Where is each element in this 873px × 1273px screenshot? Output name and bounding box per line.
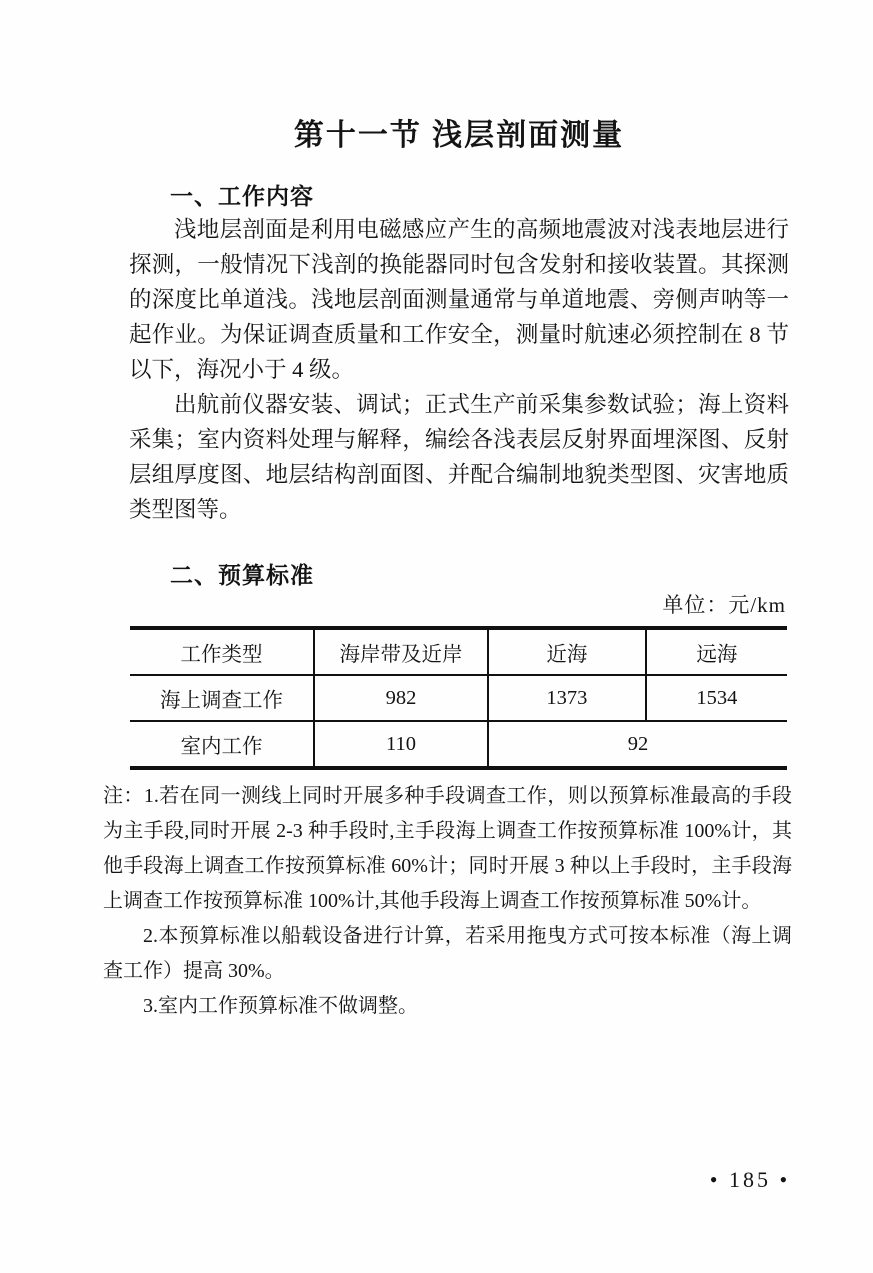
row-label-offshore-survey: 海上调查工作 — [130, 675, 314, 721]
cell-offshore-nearsea: 1373 — [488, 675, 646, 721]
note-3: 3.室内工作预算标准不做调整。 — [103, 989, 792, 1024]
heading-budget-standard: 二、预算标准 — [170, 557, 314, 590]
page-title: 第十一节 浅层剖面测量 — [130, 110, 788, 154]
cell-offshore-farsea: 1534 — [646, 675, 787, 721]
row-label-indoor-work: 室内工作 — [130, 721, 314, 768]
col-header-nearsea: 近海 — [488, 628, 646, 675]
paragraph-work-1: 浅地层剖面是利用电磁感应产生的高频地震波对浅表地层进行探测，一般情况下浅剖的换能… — [129, 212, 789, 387]
col-header-farsea: 远海 — [646, 628, 787, 675]
col-header-coastal: 海岸带及近岸 — [314, 628, 488, 675]
table-row-indoor-work: 室内工作 110 92 — [130, 721, 787, 768]
cell-indoor-coastal: 110 — [314, 721, 488, 768]
col-header-work-type: 工作类型 — [130, 628, 314, 675]
cell-offshore-coastal: 982 — [314, 675, 488, 721]
note-2: 2.本预算标准以船载设备进行计算，若采用拖曳方式可按本标准（海上调查工作）提高 … — [103, 919, 792, 989]
paragraph-work-2: 出航前仪器安装、调试；正式生产前采集参数试验；海上资料采集；室内资料处理与解释，… — [129, 387, 789, 527]
budget-table: 工作类型 海岸带及近岸 近海 远海 海上调查工作 982 1373 1534 室… — [130, 626, 787, 770]
note-1: 注：1.若在同一测线上同时开展多种手段调查工作，则以预算标准最高的手段为主手段,… — [103, 779, 792, 919]
unit-label: 单位：元/km — [129, 589, 786, 619]
table-row-offshore-survey: 海上调查工作 982 1373 1534 — [130, 675, 787, 721]
table-header-row: 工作类型 海岸带及近岸 近海 远海 — [130, 628, 787, 675]
notes-block: 注：1.若在同一测线上同时开展多种手段调查工作，则以预算标准最高的手段为主手段,… — [103, 779, 792, 1024]
heading-work-content: 一、工作内容 — [170, 178, 314, 211]
page-number: • 185 • — [650, 1167, 850, 1193]
cell-indoor-merged: 92 — [488, 721, 787, 768]
document-page: 第十一节 浅层剖面测量 一、工作内容 浅地层剖面是利用电磁感应产生的高频地震波对… — [0, 0, 873, 1273]
